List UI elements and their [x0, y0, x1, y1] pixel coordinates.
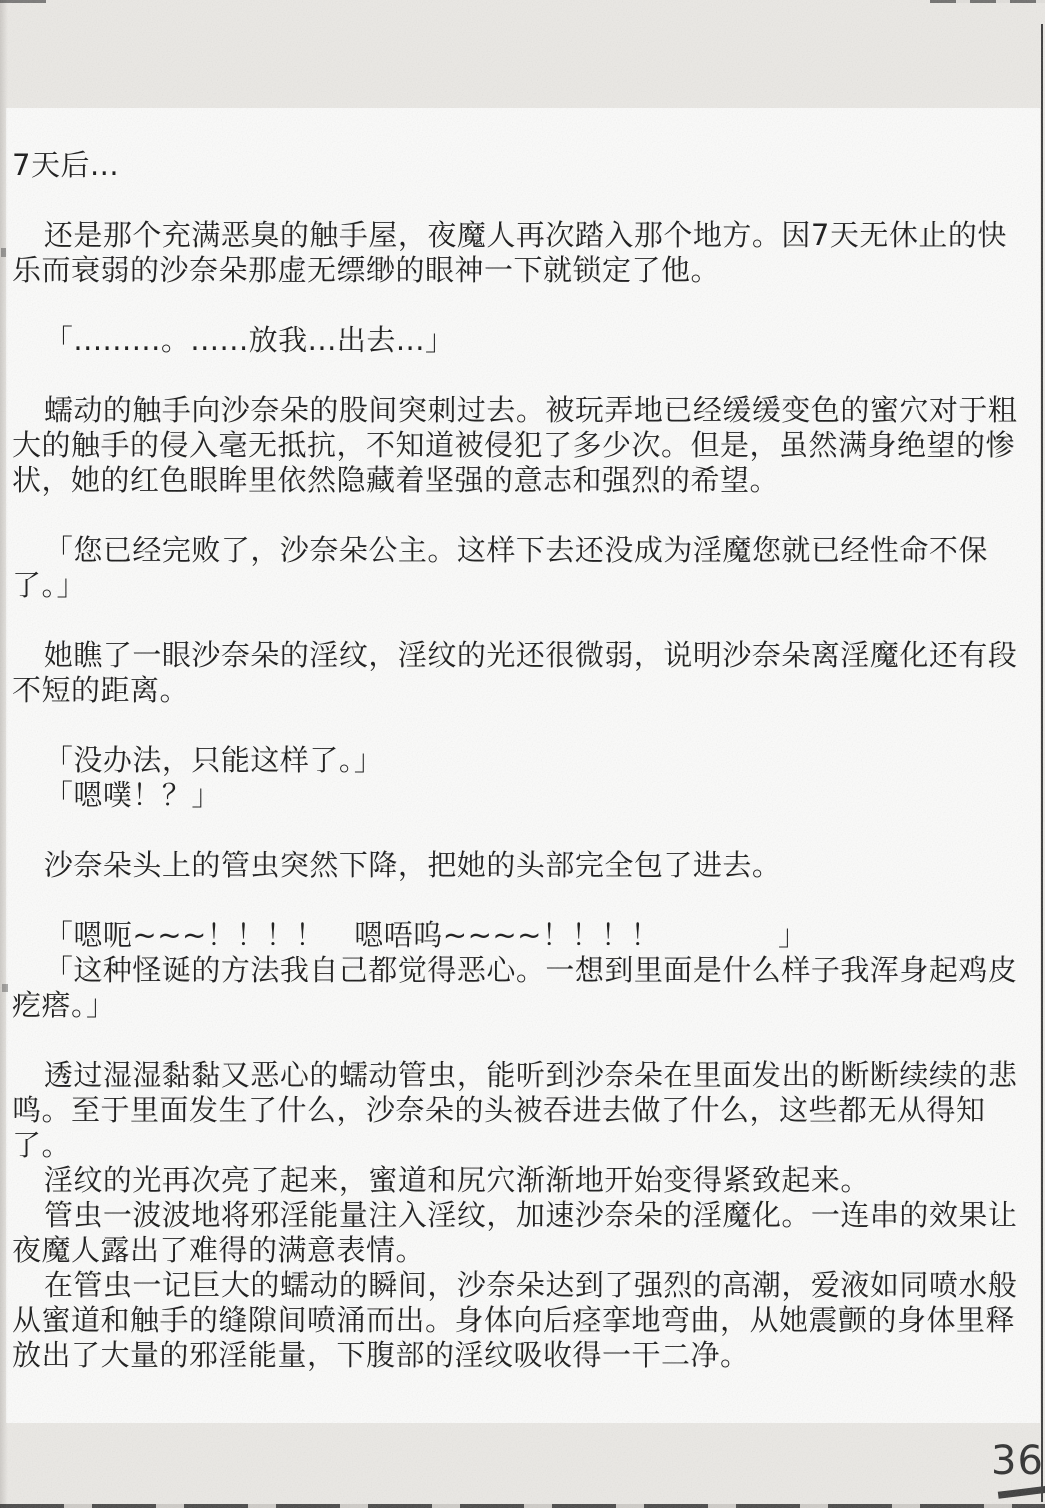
scan-edge-left: [0, 0, 8, 1508]
scan-mark-top-right: [930, 0, 1045, 3]
dialogue-line: 「嗯噗！？」: [12, 778, 1034, 813]
paper-speck: [2, 984, 8, 992]
scan-corner-bottom-right: [998, 1484, 1045, 1499]
paragraph: 在管虫一记巨大的蠕动的瞬间，沙奈朵达到了强烈的高潮，爱液如同喷水般从蜜道和触手的…: [12, 1268, 1034, 1373]
paragraph: 透过湿湿黏黏又恶心的蠕动管虫，能听到沙奈朵在里面发出的断断续续的悲鸣。至于里面发…: [12, 1058, 1034, 1163]
scan-mark-top-left: [0, 0, 46, 3]
paper-speck: [1, 248, 6, 257]
scan-edge-right-line: [1041, 24, 1043, 1502]
dialogue-line: 「这种怪诞的方法我自己都觉得恶心。一想到里面是什么样子我浑身起鸡皮疙瘩。」: [12, 953, 1034, 1023]
paragraph: 管虫一波波地将邪淫能量注入淫纹，加速沙奈朵的淫魔化。一连串的效果让夜魔人露出了难…: [12, 1198, 1034, 1268]
dialogue-line: 「.........。......放我...出去...」: [12, 323, 1034, 358]
paragraph-timeskip: 7天后...: [12, 148, 1034, 183]
dialogue-line: 「嗯呃~~~！！！！ 嗯唔呜~~~~！！！！ 」: [12, 918, 1034, 953]
page-number: 36: [991, 1440, 1044, 1482]
page-text: 7天后... 还是那个充满恶臭的触手屋，夜魔人再次踏入那个地方。因7天无休止的快…: [12, 148, 1034, 1373]
dialogue-line: 「您已经完败了，沙奈朵公主。这样下去还没成为淫魔您就已经性命不保了。」: [12, 533, 1034, 603]
scan-edge-bottom: [0, 1504, 1045, 1508]
paragraph: 淫纹的光再次亮了起来，蜜道和尻穴渐渐地开始变得紧致起来。: [12, 1163, 1034, 1198]
paragraph: 沙奈朵头上的管虫突然下降，把她的头部完全包了进去。: [12, 848, 1034, 883]
paragraph: 她瞧了一眼沙奈朵的淫纹，淫纹的光还很微弱，说明沙奈朵离淫魔化还有段不短的距离。: [12, 638, 1034, 708]
dialogue-line: 「没办法，只能这样了。」: [12, 743, 1034, 778]
paragraph: 蠕动的触手向沙奈朵的股间突刺过去。被玩弄地已经缓缓变色的蜜穴对于粗大的触手的侵入…: [12, 393, 1034, 498]
paragraph: 还是那个充满恶臭的触手屋，夜魔人再次踏入那个地方。因7天无休止的快乐而衰弱的沙奈…: [12, 218, 1034, 288]
